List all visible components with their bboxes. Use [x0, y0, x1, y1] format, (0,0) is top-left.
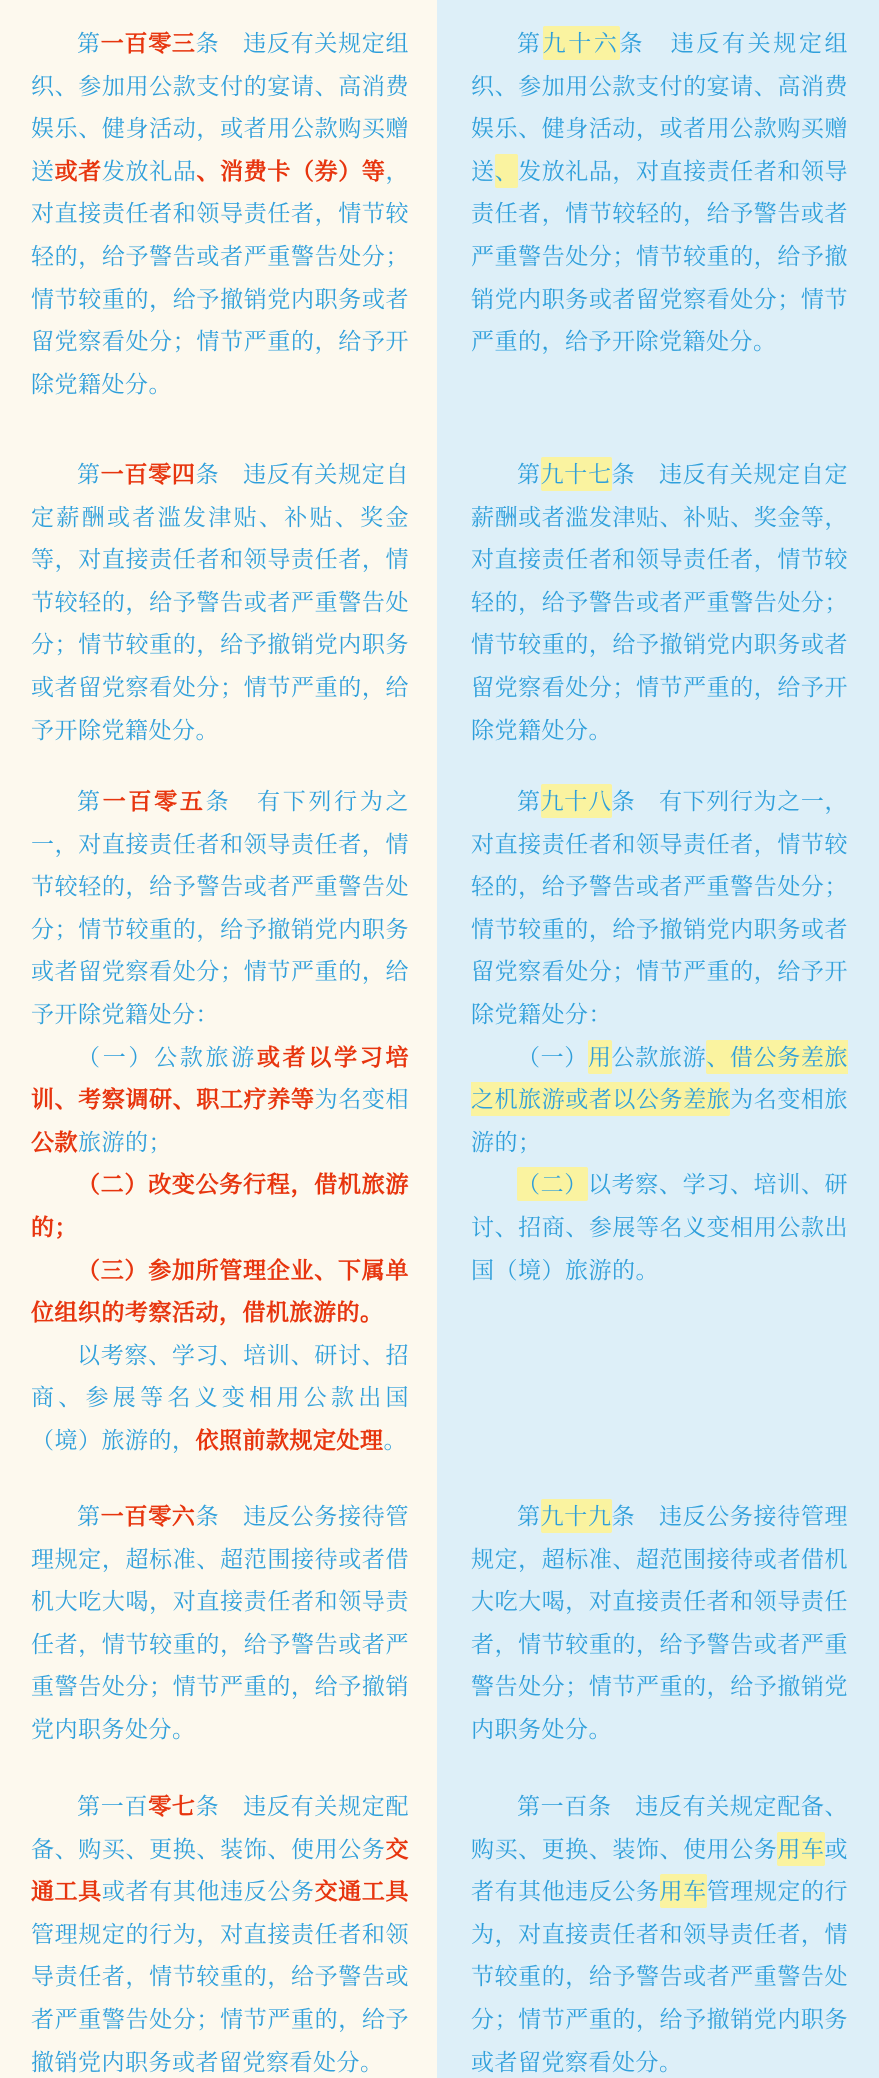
article-105-new-paragraph: 第一百零五条 有下列行为之一，对直接责任者和领导责任者，情节较轻的，给予警告或者… [0, 780, 437, 1495]
text-run [645, 30, 671, 56]
text-run: 或者有其他违反公务 [102, 1878, 315, 1904]
changed-text-run: 一百零五 [103, 788, 206, 814]
text-block: （一）用公款旅游、借公务差旅之机旅游或者以公务差旅为名变相旅游的； [471, 1036, 848, 1164]
text-run: 违反公务接待管理规定，超标准、超范围接待或者借机大吃大喝，对直接责任者和领导责任… [31, 1503, 409, 1742]
text-run: 第 [517, 1503, 541, 1529]
text-run: 第 [77, 461, 101, 487]
text-block: （二）以考察、学习、培训、研讨、招商、参展等名义变相用公款出国（境）旅游的。 [471, 1163, 848, 1291]
text-run: 管理规定的行为，对直接责任者和领导责任者，情节较重的，给予警告或者严重警告处分；… [31, 1921, 409, 2075]
text-run [635, 1503, 659, 1529]
text-run: （一） [517, 1044, 588, 1070]
text-run: 第 [77, 30, 101, 56]
changed-text-run: 一百零三 [101, 30, 196, 56]
text-block: 第一百零六条 违反公务接待管理规定，超标准、超范围接待或者借机大吃大喝，对直接责… [31, 1495, 409, 1751]
text-run: 第 [77, 1503, 101, 1529]
text-run: 有下列行为之一，对直接责任者和领导责任者，情节较轻的，给予警告或者严重警告处分；… [31, 788, 409, 1027]
text-run: 条 [196, 461, 220, 487]
article-96-old-paragraph: 第九十六条 违反有关规定组织、参加用公款支付的宴请、高消费娱乐、健身活动，或者用… [437, 22, 879, 453]
article-98-old-paragraph: 第九十八条 有下列行为之一，对直接责任者和领导责任者，情节较轻的，给予警告或者严… [437, 780, 879, 1495]
text-block: 第九十八条 有下列行为之一，对直接责任者和领导责任者，情节较轻的，给予警告或者严… [471, 780, 848, 1036]
text-block: （二）改变公务行程，借机旅游的； [31, 1163, 409, 1248]
changed-text-run: 零七 [148, 1793, 195, 1819]
text-run: 条 [196, 1503, 220, 1529]
text-run [219, 30, 243, 56]
article-100-old-paragraph: 第一百条 违反有关规定配备、购买、更换、装饰、使用公务用车或者有其他违反公务用车… [437, 1785, 879, 2068]
changed-text-run: 交通工具 [315, 1878, 409, 1904]
highlighted-text-run: （二） [517, 1167, 588, 1201]
article-104-new-paragraph: 第一百零四条 违反有关规定自定薪酬或者滥发津贴、补贴、奖金等，对直接责任者和领导… [0, 453, 437, 780]
highlighted-text-run: 、 [495, 154, 519, 188]
highlighted-text-run: 用车 [660, 1874, 707, 1908]
text-run [635, 788, 659, 814]
article-107-new-paragraph: 第一百零七条 违反有关规定配备、购买、更换、装饰、使用公务交通工具或者有其他违反… [0, 1785, 437, 2068]
text-run: 违反有关规定自定薪酬或者滥发津贴、补贴、奖金等，对直接责任者和领导责任者，情节较… [31, 461, 409, 743]
text-run: 旅游的； [78, 1129, 172, 1155]
text-run: 条 [206, 788, 232, 814]
highlighted-text-run: 九十六 [543, 26, 620, 60]
text-run: 条 [612, 1503, 636, 1529]
text-run: 条 [612, 461, 636, 487]
highlighted-text-run: 九十八 [541, 784, 612, 818]
text-run: （一）公款旅游 [77, 1044, 257, 1070]
text-run: 违反公务接待管理规定，超标准、超范围接待或者借机大吃大喝，对直接责任者和领导责任… [471, 1503, 848, 1742]
text-block: 第一百零四条 违反有关规定自定薪酬或者滥发津贴、补贴、奖金等，对直接责任者和领导… [31, 453, 409, 751]
text-run [231, 788, 257, 814]
text-run: 违反有关规定自定薪酬或者滥发津贴、补贴、奖金等，对直接责任者和领导责任者，情节较… [471, 461, 848, 743]
text-run: 第 [77, 788, 103, 814]
text-run: 第一百 [77, 1793, 148, 1819]
text-run: 条 [612, 788, 636, 814]
text-block: 以考察、学习、培训、研讨、招商、参展等名义变相用公款出国（境）旅游的，依照前款规… [31, 1334, 409, 1462]
text-block: 第一百条 违反有关规定配备、购买、更换、装饰、使用公务用车或者有其他违反公务用车… [471, 1785, 848, 2078]
text-run [219, 1503, 243, 1529]
text-block: 第九十九条 违反公务接待管理规定，超标准、超范围接待或者借机大吃大喝，对直接责任… [471, 1495, 848, 1751]
text-block: （一）公款旅游或者以学习培训、考察调研、职工疗养等为名变相公款旅游的； [31, 1036, 409, 1164]
changed-text-run: 一百零四 [101, 461, 196, 487]
text-run: 条 [620, 30, 646, 56]
text-run: 发放礼品 [102, 158, 197, 184]
highlighted-text-run: 九十七 [541, 457, 612, 491]
changed-text-run: （二）改变公务行程，借机旅游的； [31, 1171, 409, 1240]
text-block: 第一百零三条 违反有关规定组织、参加用公款支付的宴请、高消费娱乐、健身活动，或者… [31, 22, 409, 405]
text-block: 第一百零五条 有下列行为之一，对直接责任者和领导责任者，情节较轻的，给予警告或者… [31, 780, 409, 1036]
changed-text-run: 公款 [31, 1129, 78, 1155]
highlighted-text-run: 用车 [777, 1832, 824, 1866]
text-run: 第 [517, 461, 541, 487]
text-run [635, 461, 659, 487]
highlighted-text-run: 用 [588, 1040, 612, 1074]
text-run: 有下列行为之一，对直接责任者和领导责任者，情节较轻的，给予警告或者严重警告处分；… [471, 788, 848, 1027]
article-106-new-paragraph: 第一百零六条 违反公务接待管理规定，超标准、超范围接待或者借机大吃大喝，对直接责… [0, 1495, 437, 1785]
changed-text-run: 、消费卡（券）等 [196, 158, 385, 184]
text-block: 第九十六条 违反有关规定组织、参加用公款支付的宴请、高消费娱乐、健身活动，或者用… [471, 22, 848, 363]
regulation-comparison-grid: 第一百零三条 违反有关规定组织、参加用公款支付的宴请、高消费娱乐、健身活动，或者… [0, 0, 879, 2078]
text-run: 。 [384, 1427, 408, 1453]
text-run: ，对直接责任者和领导责任者，情节较轻的，给予警告或者严重警告处分；情节较重的，给… [31, 158, 409, 397]
text-run: 公款旅游 [612, 1044, 707, 1070]
text-run: 发放礼品，对直接责任者和领导责任者，情节较轻的，给予警告或者严重警告处分；情节较… [471, 158, 848, 354]
text-run: 条 [196, 30, 220, 56]
text-block: （三）参加所管理企业、下属单位组织的考察活动，借机旅游的。 [31, 1249, 409, 1334]
text-run [219, 1793, 243, 1819]
text-run: 为名变相 [315, 1086, 409, 1112]
changed-text-run: 依照前款规定处理 [196, 1427, 384, 1453]
text-run: 第一百条 [517, 1793, 612, 1819]
text-run: 第 [517, 788, 541, 814]
highlighted-text-run: 九十九 [541, 1499, 612, 1533]
changed-text-run: 一百零六 [101, 1503, 196, 1529]
changed-text-run: 或者 [55, 158, 102, 184]
article-99-old-paragraph: 第九十九条 违反公务接待管理规定，超标准、超范围接待或者借机大吃大喝，对直接责任… [437, 1495, 879, 1785]
article-103-new-paragraph: 第一百零三条 违反有关规定组织、参加用公款支付的宴请、高消费娱乐、健身活动，或者… [0, 22, 437, 453]
text-run: 第 [517, 30, 543, 56]
text-run [219, 461, 243, 487]
text-block: 第一百零七条 违反有关规定配备、购买、更换、装饰、使用公务交通工具或者有其他违反… [31, 1785, 409, 2078]
article-97-old-paragraph: 第九十七条 违反有关规定自定薪酬或者滥发津贴、补贴、奖金等，对直接责任者和领导责… [437, 453, 879, 780]
text-block: 第九十七条 违反有关规定自定薪酬或者滥发津贴、补贴、奖金等，对直接责任者和领导责… [471, 453, 848, 751]
text-run [612, 1793, 636, 1819]
changed-text-run: （三）参加所管理企业、下属单位组织的考察活动，借机旅游的。 [31, 1257, 409, 1326]
text-run: 条 [196, 1793, 220, 1819]
text-run: 管理规定的行为，对直接责任者和领导责任者，情节较重的，给予警告或者严重警告处分；… [471, 1878, 848, 2074]
